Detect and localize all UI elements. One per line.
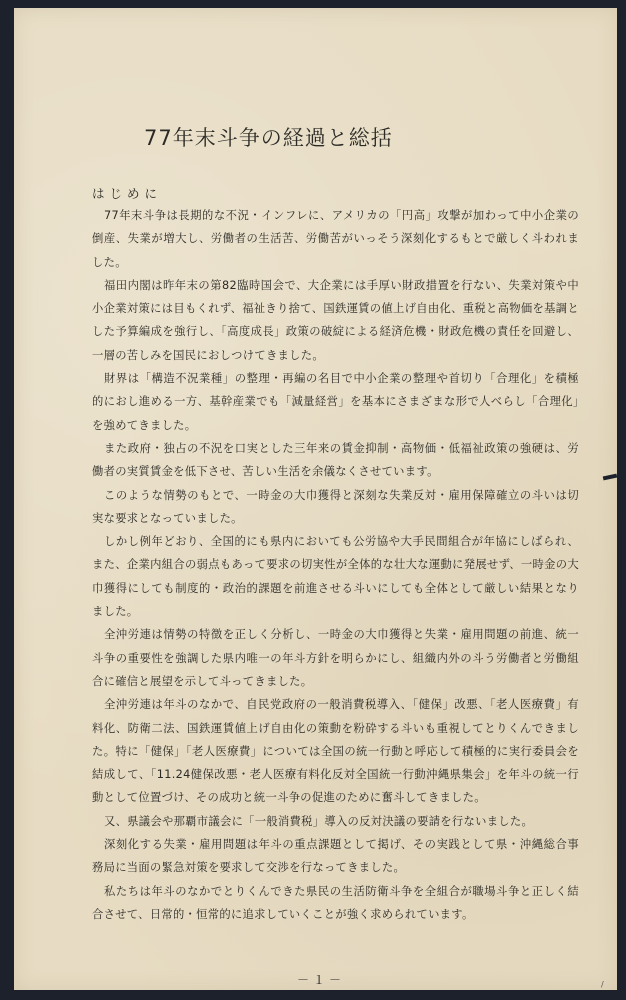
paragraph: 全沖労連は情勢の特徴を正しく分析し、一時金の大巾獲得と失業・雇用問題の前進、統一… xyxy=(92,623,579,693)
paragraph: このような情勢のもとで、一時金の大巾獲得と深刻な失業反対・雇用保障確立の斗いは切… xyxy=(92,484,579,531)
paragraph: 又、県議会や那覇市議会に「一般消費税」導入の反対決議の要請を行ないました。 xyxy=(92,810,579,833)
paragraph: 福田内閣は昨年末の第82臨時国会で、大企業には手厚い財政措置を行ない、失業対策や… xyxy=(92,274,579,367)
paragraph: 全沖労連は年斗のなかで、自民党政府の一般消費税導入、「健保」改悪、「老人医療費」… xyxy=(92,693,579,809)
paragraph: 財界は「構造不況業種」の整理・再編の名目で中小企業の整理や首切り「合理化」を積極… xyxy=(92,367,579,437)
paragraph: 深刻化する失業・雇用問題は年斗の重点課題として掲げ、その実践として県・沖縄総合事… xyxy=(92,833,579,880)
corner-mark: / xyxy=(601,980,604,989)
paragraph: しかし例年どおり、全国的にも県内においても公労協や大手民間組合が年協にしばられ、… xyxy=(92,530,579,623)
document-page: 77年末斗争の経過と総括 はじめに 77年末斗争は長期的な不況・インフレに、アメ… xyxy=(14,8,617,990)
paragraph: また政府・独占の不況を口実とした三年来の賃金抑制・高物価・低福祉政策の強硬は、労… xyxy=(92,437,579,484)
paragraph: 私たちは年斗のなかでとりくんできた県民の生活防衛斗争を全組合が職場斗争と正しく結… xyxy=(92,880,579,927)
document-body: 77年末斗争は長期的な不況・インフレに、アメリカの「円高」攻撃が加わって中小企業… xyxy=(92,204,579,926)
page-number: －１－ xyxy=(297,971,345,988)
paragraph: 77年末斗争は長期的な不況・インフレに、アメリカの「円高」攻撃が加わって中小企業… xyxy=(92,204,579,274)
section-heading: はじめに xyxy=(92,184,162,202)
document-title: 77年末斗争の経過と総括 xyxy=(144,122,393,152)
